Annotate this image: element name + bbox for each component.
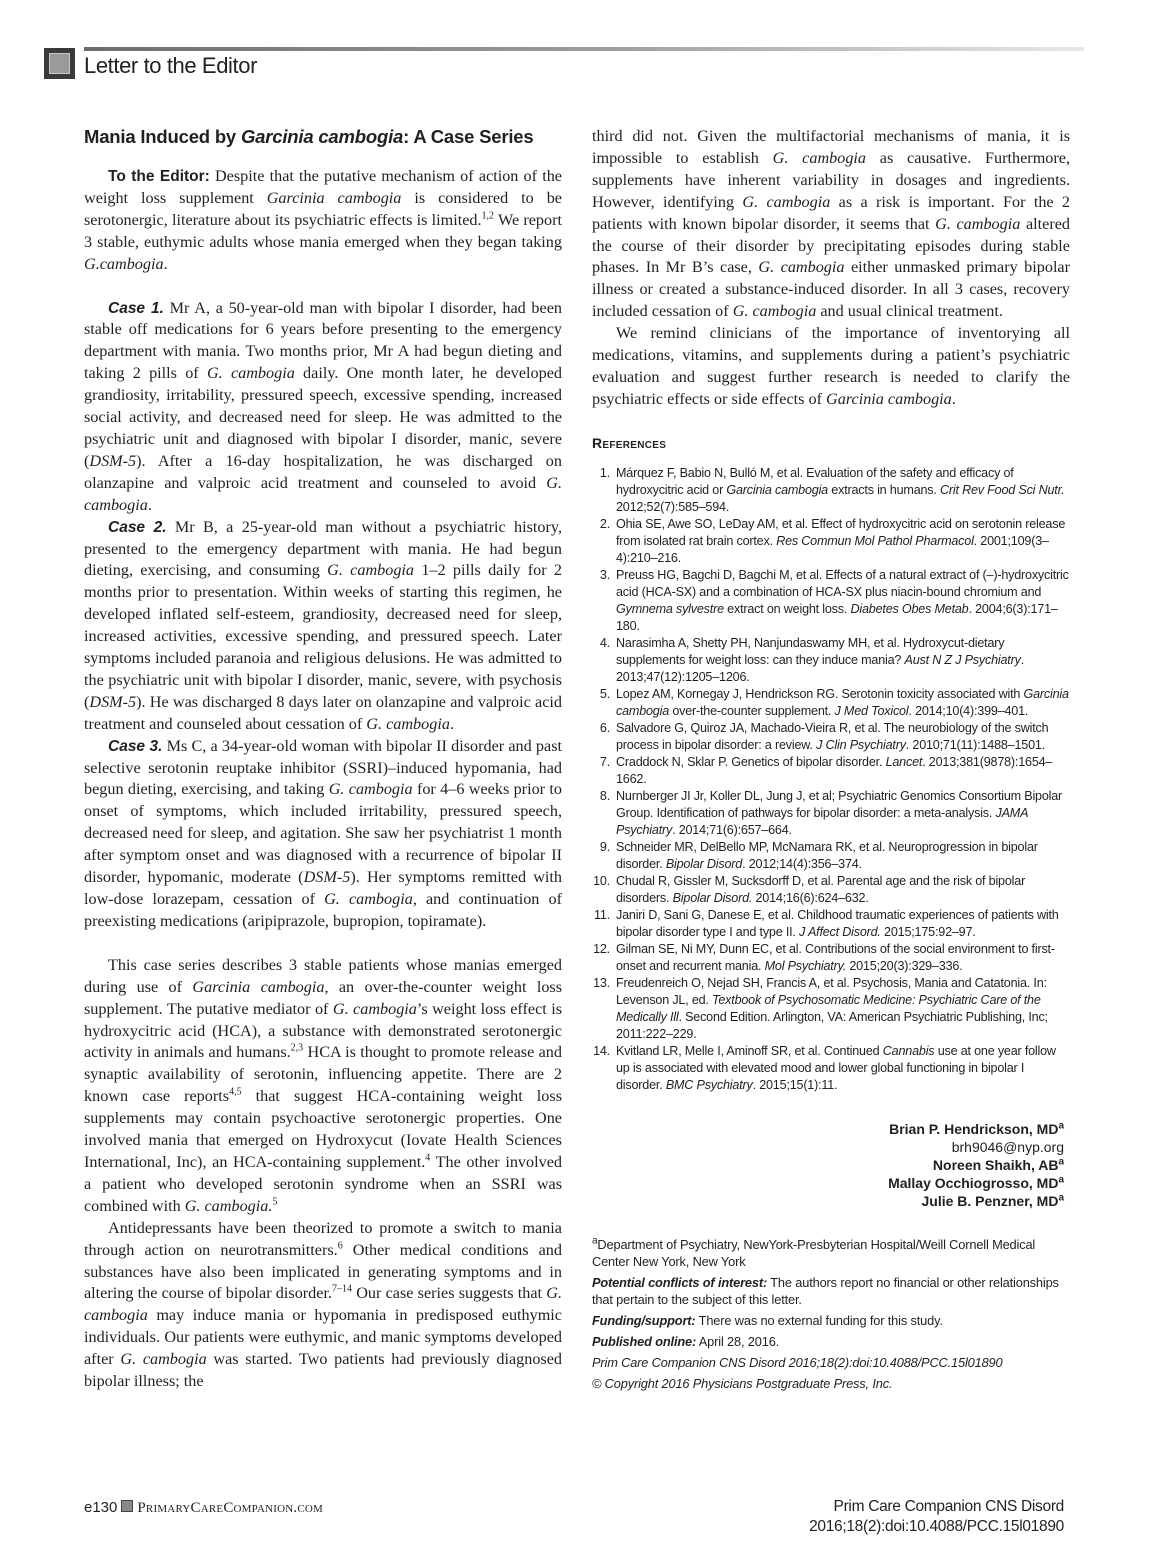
case-1-paragraph: Case 1. Mr A, a 50-year-old man with bip… [84,298,562,517]
funding-note: Funding/support: There was no external f… [592,1312,1070,1329]
case-2-paragraph: Case 2. Mr B, a 25-year-old man without … [84,517,562,736]
case-3-label: Case 3. [108,738,162,755]
lead-label: To the Editor: [108,168,210,185]
reference-item: 2.Ohia SE, Awe SO, LeDay AM, et al. Effe… [592,516,1070,567]
conclusion-paragraph: We remind clinicians of the importance o… [592,323,1070,411]
author-block: Brian P. Hendrickson, MDa brh9046@nyp.or… [592,1120,1070,1210]
article-footnotes: aDepartment of Psychiatry, NewYork-Presb… [592,1236,1070,1392]
page-footer-left: e130PrimaryCareCompanion.com [84,1499,323,1517]
author-name: Brian P. Hendrickson, MDa [592,1120,1064,1138]
affiliation-note: aDepartment of Psychiatry, NewYork-Presb… [592,1236,1070,1270]
conflicts-note: Potential conflicts of interest: The aut… [592,1274,1070,1308]
reference-item: 4.Narasimha A, Shetty PH, Nanjundaswamy … [592,635,1070,686]
section-label: Letter to the Editor [84,53,257,79]
case-1-label: Case 1. [108,300,164,317]
reference-item: 9.Schneider MR, DelBello MP, McNamara RK… [592,839,1070,873]
reference-item: 11.Janiri D, Sani G, Danese E, et al. Ch… [592,907,1070,941]
reference-item: 1.Márquez F, Babio N, Bulló M, et al. Ev… [592,465,1070,516]
reference-item: 8.Nurnberger JI Jr, Koller DL, Jung J, e… [592,788,1070,839]
reference-item: 6.Salvadore G, Quiroz JA, Machado-Vieira… [592,720,1070,754]
references-list: 1.Márquez F, Babio N, Bulló M, et al. Ev… [592,465,1070,1094]
published-note: Published online: April 28, 2016. [592,1333,1070,1350]
reference-item: 10.Chudal R, Gissler M, Sucksdorff D, et… [592,873,1070,907]
header-rule [84,47,1084,51]
case-3-paragraph: Case 3. Ms C, a 34-year-old woman with b… [84,736,562,933]
discussion-paragraph-2-continued: third did not. Given the multifactorial … [592,126,1070,323]
discussion-paragraph-1: This case series describes 3 stable pati… [84,955,562,1218]
author-name: Noreen Shaikh, ABa [592,1156,1064,1174]
references-heading: References [592,435,1070,451]
footer-square-icon [121,1500,133,1512]
author-name: Julie B. Penzner, MDa [592,1192,1064,1210]
left-column: Mania Induced by Garcinia cambogia: A Ca… [84,126,562,1393]
case-2-label: Case 2. [108,519,167,536]
reference-item: 12.Gilman SE, Ni MY, Dunn EC, et al. Con… [592,941,1070,975]
right-column: third did not. Given the multifactorial … [592,126,1070,1396]
reference-item: 14.Kvitland LR, Melle I, Aminoff SR, et … [592,1043,1070,1094]
reference-item: 7.Craddock N, Sklar P. Genetics of bipol… [592,754,1070,788]
reference-item: 3.Preuss HG, Bagchi D, Bagchi M, et al. … [592,567,1070,635]
intro-paragraph: To the Editor: Despite that the putative… [84,166,562,276]
page-footer-right: Prim Care Companion CNS Disord 2016;18(2… [809,1497,1064,1537]
section-square-icon [44,48,75,79]
page-number: e130 [84,1499,117,1516]
journal-doi: 2016;18(2):doi:10.4088/PCC.15l01890 [809,1517,1064,1537]
citation-note: Prim Care Companion CNS Disord 2016;18(2… [592,1354,1070,1371]
discussion-paragraph-2: Antidepressants have been theorized to p… [84,1218,562,1393]
author-name: Mallay Occhiogrosso, MDa [592,1174,1064,1192]
site-link[interactable]: PrimaryCareCompanion.com [137,1500,323,1516]
reference-item: 5.Lopez AM, Kornegay J, Hendrickson RG. … [592,686,1070,720]
reference-item: 13.Freudenreich O, Nejad SH, Francis A, … [592,975,1070,1043]
article-title: Mania Induced by Garcinia cambogia: A Ca… [84,126,562,148]
author-email[interactable]: brh9046@nyp.org [592,1138,1064,1156]
journal-name: Prim Care Companion CNS Disord [809,1497,1064,1517]
copyright-note: © Copyright 2016 Physicians Postgraduate… [592,1375,1070,1392]
